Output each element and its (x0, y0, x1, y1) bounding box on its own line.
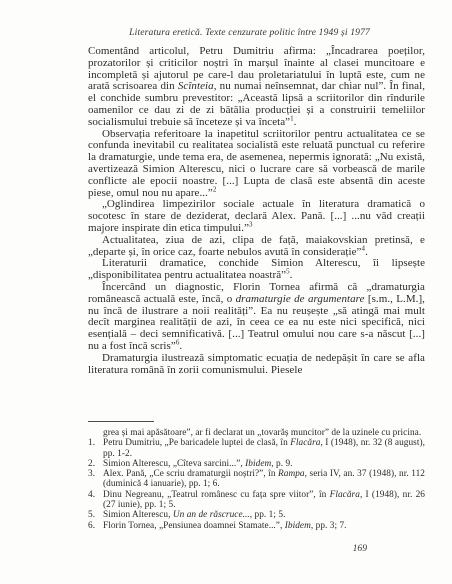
text-run: Dinu Negreanu, „Teatrul românesc cu fața… (103, 490, 330, 500)
paragraph: Comentând articolul, Petru Dumitriu afir… (88, 46, 425, 129)
text-run: „Oglindirea limpezirilor sociale actuale… (88, 198, 425, 234)
footnote-ref: 2 (213, 185, 217, 193)
footnote-item: 2.Simion Alterescu, „Cîteva sarcini...”,… (88, 459, 425, 469)
book-page: Literatura eretică. Texte cenzurate poli… (0, 0, 452, 584)
paragraph: „Oglindirea limpezirilor sociale actuale… (88, 199, 425, 234)
italic-text-run: Flacăra (330, 490, 360, 500)
text-run: , p. 9. (271, 459, 292, 469)
footnote-number: 2. (88, 459, 103, 469)
text-run: Dramaturgia ilustrează simptomatic ecuaț… (88, 352, 425, 376)
footnote-continuation: grea și mai apăsătoare”, ar fi declarat … (88, 428, 425, 438)
footnote-number: 6. (88, 521, 103, 531)
running-head: Literatura eretică. Texte cenzurate poli… (129, 27, 370, 38)
text-run: , pp. 1; 5. (250, 510, 286, 520)
italic-text-run: dramaturgie de argumentare (236, 293, 365, 305)
text-run: Actualitatea, ziua de azi, clipa de față… (88, 234, 425, 258)
body-text: Comentând articolul, Petru Dumitriu afir… (88, 46, 425, 376)
footnote-item: 4.Dinu Negreanu, „Teatrul românesc cu fa… (88, 490, 425, 511)
footnotes-list: grea și mai apăsătoare”, ar fi declarat … (88, 428, 425, 531)
footnote-ref: 3 (249, 220, 253, 228)
footnote-item: 5.Simion Alterescu, Un an de răscruce...… (88, 510, 425, 520)
text-run: . (179, 340, 182, 352)
text-run: . (294, 116, 297, 128)
text-run: Florin Tornea, „Pensiunea doamnei Stamat… (103, 521, 285, 531)
footnote-number: 3. (88, 469, 103, 479)
italic-text-run: Un an de răscruce... (173, 510, 250, 520)
text-run: Literaturii dramatice, conchide Simion A… (88, 257, 425, 281)
paragraph: Literaturii dramatice, conchide Simion A… (88, 258, 425, 282)
text-run: Simion Alterescu, „Cîteva sarcini...”, (103, 459, 245, 469)
footnote-number: 5. (88, 510, 103, 520)
italic-text-run: Ibidem (245, 459, 271, 469)
italic-text-run: Scînteia (178, 80, 214, 92)
italic-text-run: Rampa (278, 469, 305, 479)
text-run: Petru Dumitriu, „Pe baricadele luptei de… (103, 438, 290, 448)
footnote-item: 6.Florin Tornea, „Pensiunea doamnei Stam… (88, 521, 425, 531)
paragraph: Încercând un diagnostic, Florin Tornea a… (88, 282, 425, 353)
footnote-item: 3.Alex. Pană, „Ce scriu dramaturgii noșt… (88, 469, 425, 490)
footnote-item: 1.Petru Dumitriu, „Pe baricadele luptei … (88, 438, 425, 459)
paragraph: Dramaturgia ilustrează simptomatic ecuaț… (88, 353, 425, 377)
footnote-separator-rule (88, 421, 154, 422)
footnote-number: 4. (88, 490, 103, 500)
text-run: , pp. 3; 7. (311, 521, 347, 531)
footnote-number: 1. (88, 438, 103, 448)
text-run: grea și mai apăsătoare”, ar fi declarat … (103, 428, 421, 438)
text-run: . (290, 269, 293, 281)
italic-text-run: Flacăra (290, 438, 320, 448)
paragraph: Observația referitoare la inapetitul scr… (88, 129, 425, 200)
page-number: 169 (353, 543, 367, 554)
paragraph: Actualitatea, ziua de azi, clipa de față… (88, 235, 425, 259)
text-run: Alex. Pană, „Ce scriu dramaturgii noștri… (103, 469, 278, 479)
italic-text-run: Ibidem (285, 521, 311, 531)
text-run: Observația referitoare la inapetitul scr… (88, 128, 425, 199)
text-run: . (365, 246, 368, 258)
text-run: Simion Alterescu, (103, 510, 173, 520)
